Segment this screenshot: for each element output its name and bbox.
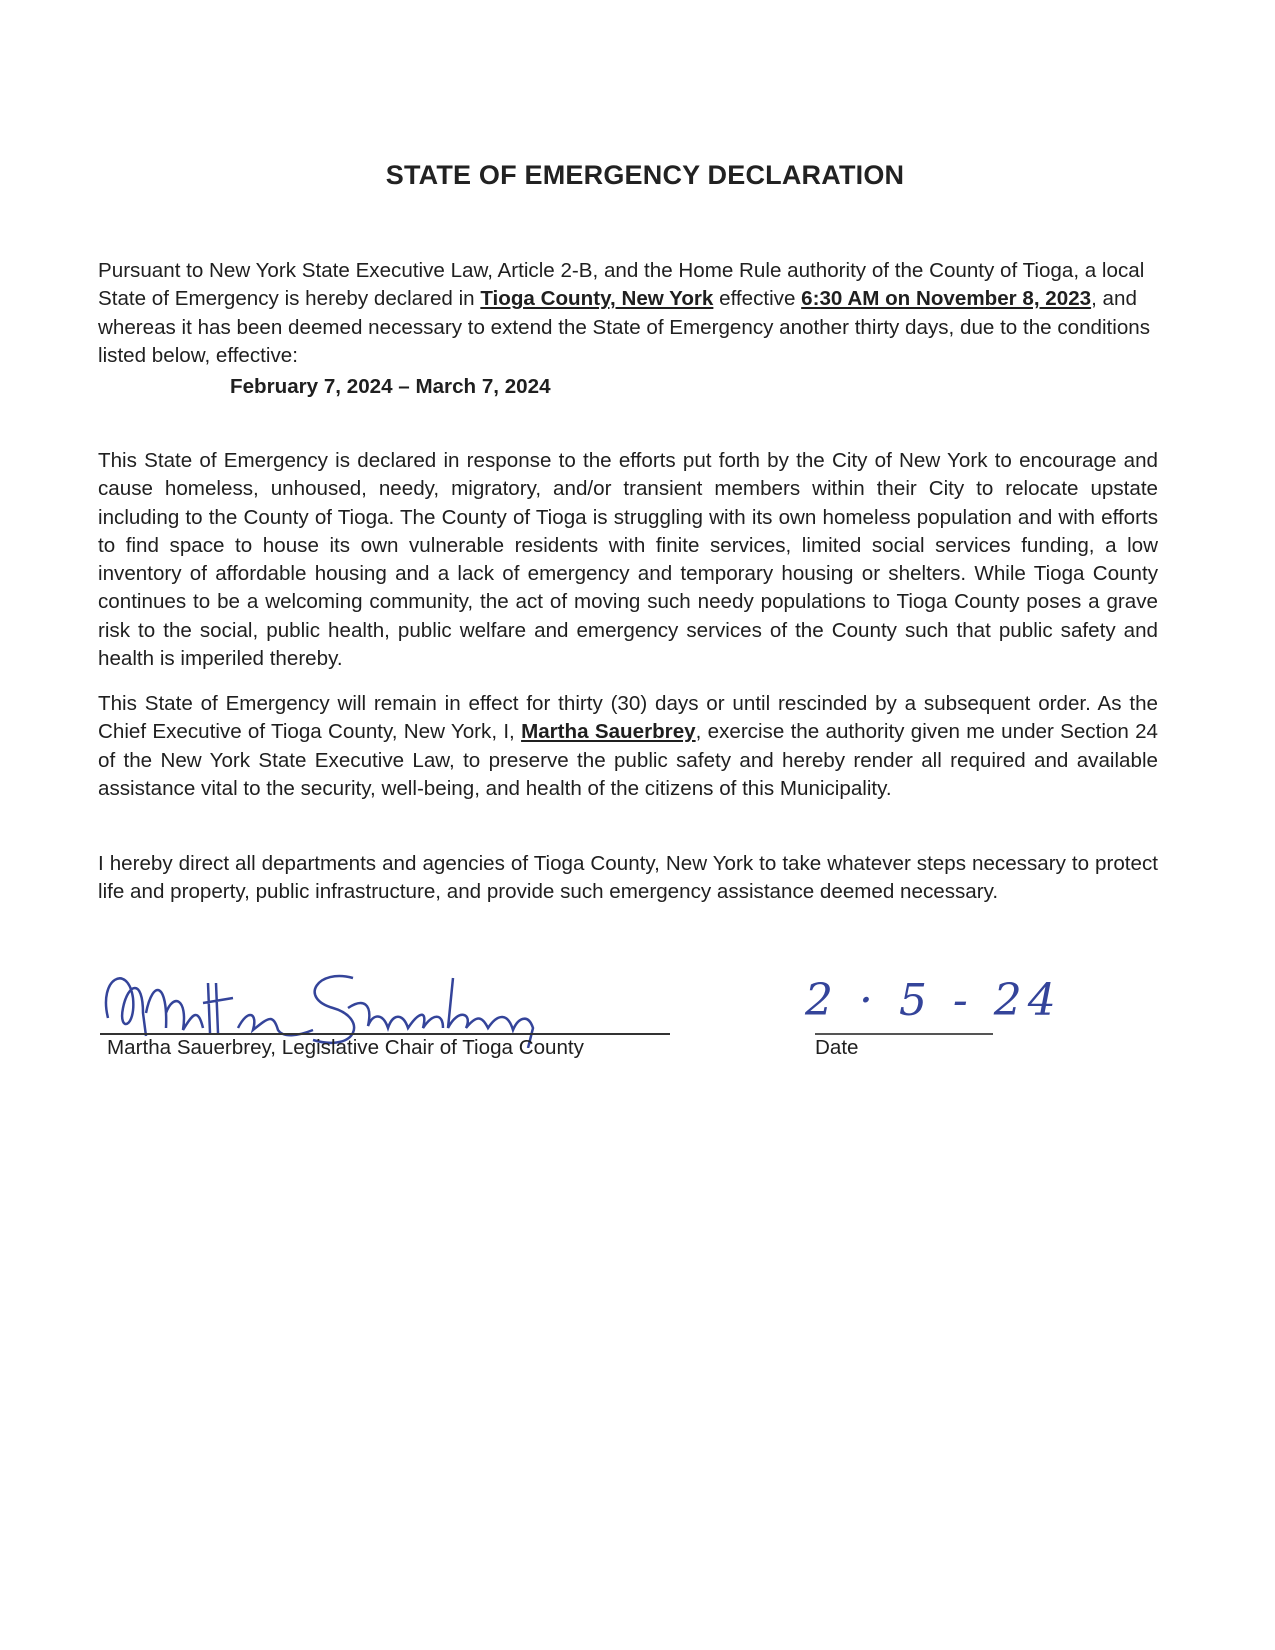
paragraph-declaration: Pursuant to New York State Executive Law… (98, 257, 1158, 370)
date-line (815, 1033, 993, 1035)
signature-line (100, 1033, 670, 1035)
signature-caption: Martha Sauerbrey, Legislative Chair of T… (107, 1036, 584, 1060)
official-name: Martha Sauerbrey (521, 720, 696, 743)
location-emphasis: Tioga County, New York (480, 287, 713, 310)
paragraph-authority: This State of Emergency will remain in e… (98, 690, 1158, 803)
handwritten-date: 2 · 5 - 24 (805, 975, 1062, 1026)
effective-start-emphasis: 6:30 AM on November 8, 2023 (801, 287, 1091, 310)
extension-dates: February 7, 2024 – March 7, 2024 (230, 375, 551, 399)
paragraph-directive: I hereby direct all departments and agen… (98, 850, 1158, 907)
page-title: STATE OF EMERGENCY DECLARATION (0, 160, 1275, 191)
text: effective (713, 287, 801, 310)
paragraph-reason: This State of Emergency is declared in r… (98, 447, 1158, 673)
date-label: Date (815, 1036, 859, 1060)
